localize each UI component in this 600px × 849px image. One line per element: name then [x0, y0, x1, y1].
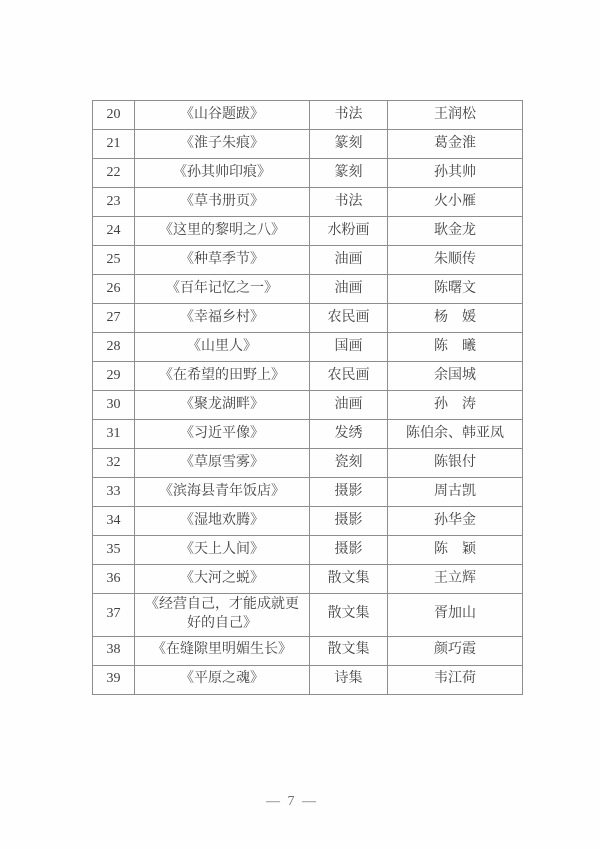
title-cell: 《经营自己，才能成就更好的自己》	[135, 594, 310, 637]
table-row: 35《天上人间》摄影陈 颖	[93, 536, 523, 565]
row-number-cell: 38	[93, 636, 135, 665]
category-cell: 水粉画	[310, 217, 388, 246]
table-row: 20《山谷题跋》书法王润松	[93, 101, 523, 130]
row-number-cell: 20	[93, 101, 135, 130]
author-cell: 火小雁	[388, 188, 523, 217]
author-cell: 孙华金	[388, 507, 523, 536]
table-row: 30《聚龙湖畔》油画孙 涛	[93, 391, 523, 420]
author-cell: 陈银付	[388, 449, 523, 478]
table-row: 36《大河之蜕》散文集王立辉	[93, 565, 523, 594]
table-row: 28《山里人》国画陈 曦	[93, 333, 523, 362]
title-cell: 《在希望的田野上》	[135, 362, 310, 391]
table-row: 24《这里的黎明之八》水粉画耿金龙	[93, 217, 523, 246]
category-cell: 书法	[310, 101, 388, 130]
row-number-cell: 36	[93, 565, 135, 594]
artwork-list-table: 20《山谷题跋》书法王润松21《淮子朱痕》篆刻葛金淮22《孙其帅印痕》篆刻孙其帅…	[92, 100, 523, 695]
table-row: 39《平原之魂》诗集韦江荷	[93, 665, 523, 694]
table-row: 27《幸福乡村》农民画杨 媛	[93, 304, 523, 333]
category-cell: 篆刻	[310, 159, 388, 188]
row-number-cell: 37	[93, 594, 135, 637]
table-row: 21《淮子朱痕》篆刻葛金淮	[93, 130, 523, 159]
row-number-cell: 23	[93, 188, 135, 217]
table-row: 22《孙其帅印痕》篆刻孙其帅	[93, 159, 523, 188]
author-cell: 陈 颖	[388, 536, 523, 565]
author-cell: 王立辉	[388, 565, 523, 594]
author-cell: 余国城	[388, 362, 523, 391]
title-cell: 《大河之蜕》	[135, 565, 310, 594]
category-cell: 农民画	[310, 362, 388, 391]
row-number-cell: 26	[93, 275, 135, 304]
title-cell: 《种草季节》	[135, 246, 310, 275]
category-cell: 瓷刻	[310, 449, 388, 478]
row-number-cell: 35	[93, 536, 135, 565]
category-cell: 发绣	[310, 420, 388, 449]
scanned-document-page: 20《山谷题跋》书法王润松21《淮子朱痕》篆刻葛金淮22《孙其帅印痕》篆刻孙其帅…	[0, 0, 600, 849]
category-cell: 油画	[310, 275, 388, 304]
row-number-cell: 30	[93, 391, 135, 420]
row-number-cell: 24	[93, 217, 135, 246]
category-cell: 篆刻	[310, 130, 388, 159]
title-cell: 《草原雪雾》	[135, 449, 310, 478]
table-row: 23《草书册页》书法火小雁	[93, 188, 523, 217]
category-cell: 诗集	[310, 665, 388, 694]
category-cell: 国画	[310, 333, 388, 362]
category-cell: 摄影	[310, 507, 388, 536]
title-cell: 《山里人》	[135, 333, 310, 362]
author-cell: 朱顺传	[388, 246, 523, 275]
author-cell: 杨 媛	[388, 304, 523, 333]
title-cell: 《在缝隙里明媚生长》	[135, 636, 310, 665]
author-cell: 胥加山	[388, 594, 523, 637]
table-row: 29《在希望的田野上》农民画余国城	[93, 362, 523, 391]
row-number-cell: 29	[93, 362, 135, 391]
title-cell: 《孙其帅印痕》	[135, 159, 310, 188]
title-cell: 《这里的黎明之八》	[135, 217, 310, 246]
author-cell: 陈曙文	[388, 275, 523, 304]
category-cell: 书法	[310, 188, 388, 217]
category-cell: 摄影	[310, 536, 388, 565]
row-number-cell: 31	[93, 420, 135, 449]
author-cell: 周古凯	[388, 478, 523, 507]
title-cell: 《幸福乡村》	[135, 304, 310, 333]
table-row: 32《草原雪雾》瓷刻陈银付	[93, 449, 523, 478]
author-cell: 孙 涛	[388, 391, 523, 420]
table-row: 26《百年记忆之一》油画陈曙文	[93, 275, 523, 304]
row-number-cell: 27	[93, 304, 135, 333]
author-cell: 陈 曦	[388, 333, 523, 362]
artwork-table-body: 20《山谷题跋》书法王润松21《淮子朱痕》篆刻葛金淮22《孙其帅印痕》篆刻孙其帅…	[93, 101, 523, 695]
table-row: 31《习近平像》发绣陈伯余、韩亚凤	[93, 420, 523, 449]
title-cell: 《草书册页》	[135, 188, 310, 217]
author-cell: 耿金龙	[388, 217, 523, 246]
page-number: — 7 —	[0, 794, 584, 810]
category-cell: 散文集	[310, 565, 388, 594]
title-cell: 《淮子朱痕》	[135, 130, 310, 159]
title-cell: 《滨海县青年饭店》	[135, 478, 310, 507]
title-cell: 《山谷题跋》	[135, 101, 310, 130]
table-row: 25《种草季节》油画朱顺传	[93, 246, 523, 275]
category-cell: 摄影	[310, 478, 388, 507]
row-number-cell: 32	[93, 449, 135, 478]
table-row: 38《在缝隙里明媚生长》散文集颜巧霞	[93, 636, 523, 665]
row-number-cell: 22	[93, 159, 135, 188]
title-cell: 《平原之魂》	[135, 665, 310, 694]
row-number-cell: 21	[93, 130, 135, 159]
title-cell: 《聚龙湖畔》	[135, 391, 310, 420]
row-number-cell: 33	[93, 478, 135, 507]
category-cell: 散文集	[310, 636, 388, 665]
title-cell: 《天上人间》	[135, 536, 310, 565]
row-number-cell: 34	[93, 507, 135, 536]
category-cell: 农民画	[310, 304, 388, 333]
author-cell: 孙其帅	[388, 159, 523, 188]
category-cell: 油画	[310, 391, 388, 420]
title-cell: 《习近平像》	[135, 420, 310, 449]
author-cell: 韦江荷	[388, 665, 523, 694]
author-cell: 颜巧霞	[388, 636, 523, 665]
title-cell: 《百年记忆之一》	[135, 275, 310, 304]
author-cell: 陈伯余、韩亚凤	[388, 420, 523, 449]
category-cell: 油画	[310, 246, 388, 275]
row-number-cell: 28	[93, 333, 135, 362]
row-number-cell: 25	[93, 246, 135, 275]
title-cell: 《湿地欢腾》	[135, 507, 310, 536]
table-row: 34《湿地欢腾》摄影孙华金	[93, 507, 523, 536]
table-row: 37《经营自己，才能成就更好的自己》散文集胥加山	[93, 594, 523, 637]
category-cell: 散文集	[310, 594, 388, 637]
table-row: 33《滨海县青年饭店》摄影周古凯	[93, 478, 523, 507]
row-number-cell: 39	[93, 665, 135, 694]
author-cell: 葛金淮	[388, 130, 523, 159]
author-cell: 王润松	[388, 101, 523, 130]
